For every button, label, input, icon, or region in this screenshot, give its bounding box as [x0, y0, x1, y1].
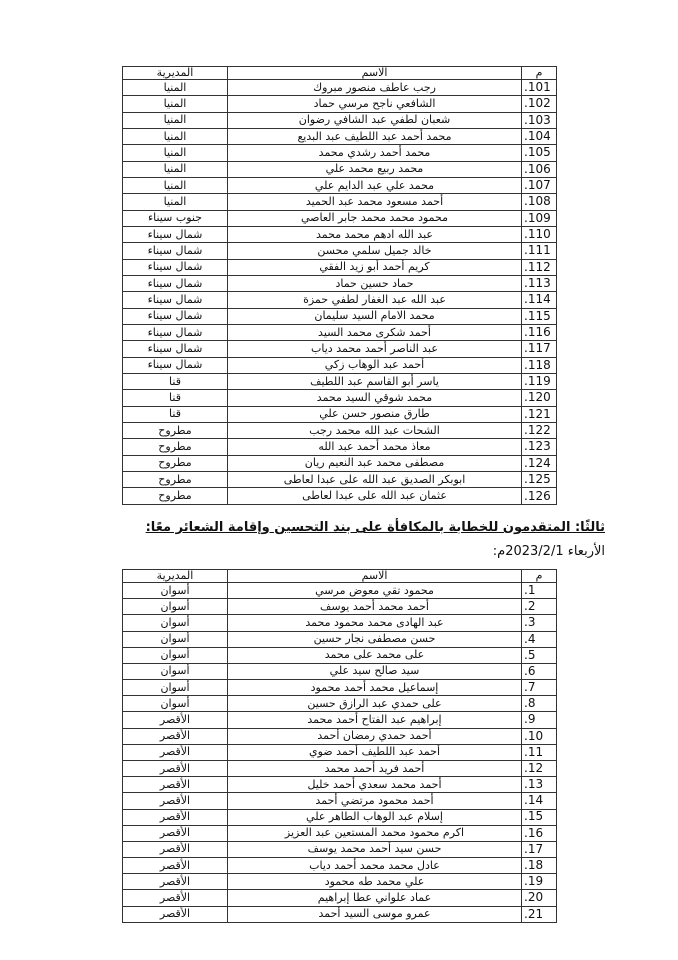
row-number-cell: 1.	[522, 583, 557, 599]
applicant-name-cell: ابوبكر الصديق عبد الله على عبدا لعاطى	[228, 471, 522, 487]
directorate-cell: الأقصر	[123, 874, 228, 890]
table-row: 5.على محمد على محمدأسوان	[123, 647, 557, 663]
row-number-cell: 118.	[522, 357, 557, 373]
applicant-name-cell: إبراهيم عبد الفتاح أحمد محمد	[228, 712, 522, 728]
table-row: 4.حسن مصطفى نجار حسينأسوان	[123, 631, 557, 647]
applicant-name-cell: أحمد مسعود محمد عبد الحميد	[228, 194, 522, 210]
table-row: 2.أحمد محمد أحمد يوسفأسوان	[123, 599, 557, 615]
table-row: 114.عبد الله عبد الغفار لطفي حمزةشمال سي…	[123, 292, 557, 308]
directorate-cell: الأقصر	[123, 712, 228, 728]
table-row: 11.أحمد عبد اللطيف أحمد ضويالأقصر	[123, 744, 557, 760]
applicant-name-cell: محمد ربيع محمد علي	[228, 161, 522, 177]
row-number-cell: 111.	[522, 243, 557, 259]
row-number-cell: 105.	[522, 145, 557, 161]
directorate-cell: مطروح	[123, 455, 228, 471]
table-row: 126.عثمان عبد الله على عبدا لعاطىمطروح	[123, 488, 557, 505]
column-header-name: الاسم	[228, 67, 522, 80]
row-number-cell: 104.	[522, 129, 557, 145]
table-row: 3.عبد الهادى محمد محمود محمدأسوان	[123, 615, 557, 631]
row-number-cell: 113.	[522, 276, 557, 292]
directorate-cell: قنا	[123, 406, 228, 422]
table-row: 119.ياسر أبو القاسم عبد اللطيفقنا	[123, 374, 557, 390]
directorate-cell: أسوان	[123, 680, 228, 696]
directorate-cell: شمال سيناء	[123, 357, 228, 373]
applicant-name-cell: رجب عاطف منصور مبروك	[228, 80, 522, 96]
table-row: 16.اكرم محمود محمد المستعين عبد العزيزال…	[123, 825, 557, 841]
applicant-name-cell: أحمد محمد سعدي أحمد خليل	[228, 777, 522, 793]
row-number-cell: 107.	[522, 178, 557, 194]
applicant-name-cell: إسلام عبد الوهاب الطاهر علي	[228, 809, 522, 825]
table-row: 108.أحمد مسعود محمد عبد الحميدالمنيا	[123, 194, 557, 210]
row-number-cell: 13.	[522, 777, 557, 793]
row-number-cell: 16.	[522, 825, 557, 841]
applicant-name-cell: أحمد عبد اللطيف أحمد ضوي	[228, 744, 522, 760]
applicant-name-cell: أحمد حمدي رمضان أحمد	[228, 728, 522, 744]
row-number-cell: 115.	[522, 308, 557, 324]
applicant-name-cell: محمد أحمد عبد اللطيف عبد البديع	[228, 129, 522, 145]
row-number-cell: 15.	[522, 809, 557, 825]
row-number-cell: 102.	[522, 96, 557, 112]
row-number-cell: 117.	[522, 341, 557, 357]
section3-heading: ثالثًا: المتقدمون للخطابة بالمكافأة على …	[146, 520, 605, 535]
row-number-cell: 10.	[522, 728, 557, 744]
directorate-cell: أسوان	[123, 615, 228, 631]
document-page: م الاسم المديرية 101.رجب عاطف منصور مبرو…	[0, 0, 678, 960]
applicant-name-cell: كريم أحمد أبو زيد الفقي	[228, 259, 522, 275]
row-number-cell: 20.	[522, 890, 557, 906]
row-number-cell: 116.	[522, 325, 557, 341]
applicant-name-cell: حسن مصطفى نجار حسين	[228, 631, 522, 647]
table-row: 18.عادل محمد محمد أحمد ديابالأقصر	[123, 858, 557, 874]
row-number-cell: 12.	[522, 760, 557, 776]
row-number-cell: 112.	[522, 259, 557, 275]
row-number-cell: 125.	[522, 471, 557, 487]
directorate-cell: الأقصر	[123, 825, 228, 841]
directorate-cell: قنا	[123, 374, 228, 390]
applicant-name-cell: عثمان عبد الله على عبدا لعاطى	[228, 488, 522, 505]
applicant-name-cell: محمد الامام السيد سليمان	[228, 308, 522, 324]
applicant-name-cell: الشافعي ناجح مرسي حماد	[228, 96, 522, 112]
row-number-cell: 3.	[522, 615, 557, 631]
directorate-cell: أسوان	[123, 599, 228, 615]
table-row: 112.كريم أحمد أبو زيد الفقيشمال سيناء	[123, 259, 557, 275]
applicant-name-cell: عبد الله عبد الغفار لطفي حمزة	[228, 292, 522, 308]
directorate-cell: شمال سيناء	[123, 276, 228, 292]
directorate-cell: الأقصر	[123, 906, 228, 922]
directorate-cell: الأقصر	[123, 760, 228, 776]
table-row: 113.حماد حسين حمادشمال سيناء	[123, 276, 557, 292]
row-number-cell: 18.	[522, 858, 557, 874]
directorate-cell: الأقصر	[123, 728, 228, 744]
directorate-cell: الأقصر	[123, 777, 228, 793]
applicant-name-cell: على حمدي عبد الرازق حسين	[228, 696, 522, 712]
row-number-cell: 122.	[522, 422, 557, 438]
directorate-cell: مطروح	[123, 471, 228, 487]
table-row: 107.محمد علي عبد الدايم عليالمنيا	[123, 178, 557, 194]
applicant-name-cell: مصطفى محمد عبد النعيم ريان	[228, 455, 522, 471]
table-row: 8.على حمدي عبد الرازق حسينأسوان	[123, 696, 557, 712]
row-number-cell: 8.	[522, 696, 557, 712]
row-number-cell: 4.	[522, 631, 557, 647]
row-number-cell: 108.	[522, 194, 557, 210]
applicant-name-cell: محمود محمد محمد جابر العاصي	[228, 210, 522, 226]
applicant-name-cell: أحمد فريد أحمد محمد	[228, 760, 522, 776]
row-number-cell: 109.	[522, 210, 557, 226]
table-row: 116.أحمد شكرى محمد السيدشمال سيناء	[123, 325, 557, 341]
row-number-cell: 7.	[522, 680, 557, 696]
table-row: 21.عمرو موسى السيد أحمدالأقصر	[123, 906, 557, 922]
applicant-name-cell: أحمد عبد الوهاب زكي	[228, 357, 522, 373]
applicant-name-cell: عبد الله ادهم محمد محمد	[228, 227, 522, 243]
applicant-name-cell: الشحات عبد الله محمد رجب	[228, 422, 522, 438]
directorate-cell: أسوان	[123, 696, 228, 712]
table-row: 120.محمد شوقي السيد محمدقنا	[123, 390, 557, 406]
applicant-name-cell: إسماعيل محمد أحمد محمود	[228, 680, 522, 696]
row-number-cell: 21.	[522, 906, 557, 922]
table-row: 115.محمد الامام السيد سليمانشمال سيناء	[123, 308, 557, 324]
table-row: 20.عماد علواني عطا إبراهيمالأقصر	[123, 890, 557, 906]
table-row: 14.أحمد محمود مرتضي أحمدالأقصر	[123, 793, 557, 809]
directorate-cell: شمال سيناء	[123, 292, 228, 308]
applicant-name-cell: معاذ محمد أحمد عبد الله	[228, 439, 522, 455]
row-number-cell: 121.	[522, 406, 557, 422]
row-number-cell: 101.	[522, 80, 557, 96]
table-row: 15.إسلام عبد الوهاب الطاهر عليالأقصر	[123, 809, 557, 825]
table-row: 105.محمد أحمد رشدي محمدالمنيا	[123, 145, 557, 161]
directorate-cell: المنيا	[123, 129, 228, 145]
directorate-cell: المنيا	[123, 145, 228, 161]
column-header-number: م	[522, 570, 557, 583]
table-row: 104.محمد أحمد عبد اللطيف عبد البديعالمني…	[123, 129, 557, 145]
directorate-cell: المنيا	[123, 96, 228, 112]
directorate-cell: مطروح	[123, 439, 228, 455]
directorate-cell: الأقصر	[123, 744, 228, 760]
directorate-cell: المنيا	[123, 112, 228, 128]
applicant-name-cell: محمود تقي معوض مرسي	[228, 583, 522, 599]
directorate-cell: شمال سيناء	[123, 227, 228, 243]
applicant-name-cell: عادل محمد محمد أحمد دياب	[228, 858, 522, 874]
directorate-cell: شمال سيناء	[123, 243, 228, 259]
section3-date-line: الأربعاء 2023/2/1م:	[493, 544, 605, 559]
table-row: 117.عبد الناصر أحمد محمد ديابشمال سيناء	[123, 341, 557, 357]
applicant-name-cell: عماد علواني عطا إبراهيم	[228, 890, 522, 906]
column-header-name: الاسم	[228, 570, 522, 583]
row-number-cell: 11.	[522, 744, 557, 760]
directorate-cell: الأقصر	[123, 841, 228, 857]
table-row: 19.علي محمد طه محمودالأقصر	[123, 874, 557, 890]
row-number-cell: 110.	[522, 227, 557, 243]
applicant-name-cell: محمد علي عبد الدايم علي	[228, 178, 522, 194]
table-row: 13.أحمد محمد سعدي أحمد خليلالأقصر	[123, 777, 557, 793]
applicant-name-cell: شعبان لطفي عبد الشافي رضوان	[228, 112, 522, 128]
table-row: 6.سيد صالح سيد عليأسوان	[123, 663, 557, 679]
table-row: 122.الشحات عبد الله محمد رجبمطروح	[123, 422, 557, 438]
row-number-cell: 2.	[522, 599, 557, 615]
directorate-cell: شمال سيناء	[123, 341, 228, 357]
row-number-cell: 106.	[522, 161, 557, 177]
row-number-cell: 120.	[522, 390, 557, 406]
row-number-cell: 124.	[522, 455, 557, 471]
directorate-cell: شمال سيناء	[123, 325, 228, 341]
applicant-name-cell: أحمد محمد أحمد يوسف	[228, 599, 522, 615]
directorate-cell: الأقصر	[123, 890, 228, 906]
applicant-name-cell: على محمد على محمد	[228, 647, 522, 663]
column-header-directorate: المديرية	[123, 570, 228, 583]
table-row: 118.أحمد عبد الوهاب زكيشمال سيناء	[123, 357, 557, 373]
table-row: 101.رجب عاطف منصور مبروكالمنيا	[123, 80, 557, 96]
table-row: 1.محمود تقي معوض مرسيأسوان	[123, 583, 557, 599]
applicant-name-cell: خالد جميل سلمي محسن	[228, 243, 522, 259]
table-row: 123.معاذ محمد أحمد عبد اللهمطروح	[123, 439, 557, 455]
directorate-cell: أسوان	[123, 663, 228, 679]
row-number-cell: 5.	[522, 647, 557, 663]
directorate-cell: الأقصر	[123, 793, 228, 809]
row-number-cell: 114.	[522, 292, 557, 308]
row-number-cell: 17.	[522, 841, 557, 857]
table-row: 9.إبراهيم عبد الفتاح أحمد محمدالأقصر	[123, 712, 557, 728]
row-number-cell: 9.	[522, 712, 557, 728]
row-number-cell: 123.	[522, 439, 557, 455]
applicant-name-cell: حسن سيد أحمد محمد يوسف	[228, 841, 522, 857]
directorate-cell: الأقصر	[123, 858, 228, 874]
row-number-cell: 103.	[522, 112, 557, 128]
table-row: 125.ابوبكر الصديق عبد الله على عبدا لعاط…	[123, 471, 557, 487]
directorate-cell: المنيا	[123, 161, 228, 177]
directorate-cell: المنيا	[123, 178, 228, 194]
directorate-cell: أسوان	[123, 631, 228, 647]
table-row: 110.عبد الله ادهم محمد محمدشمال سيناء	[123, 227, 557, 243]
applicants-table-tahseen-shaair: م الاسم المديرية 1.محمود تقي معوض مرسيأس…	[122, 569, 557, 923]
applicant-name-cell: اكرم محمود محمد المستعين عبد العزيز	[228, 825, 522, 841]
column-header-number: م	[522, 67, 557, 80]
directorate-cell: شمال سيناء	[123, 259, 228, 275]
table-row: 102.الشافعي ناجح مرسي حمادالمنيا	[123, 96, 557, 112]
directorate-cell: الأقصر	[123, 809, 228, 825]
applicant-name-cell: ياسر أبو القاسم عبد اللطيف	[228, 374, 522, 390]
row-number-cell: 14.	[522, 793, 557, 809]
table-row: 17.حسن سيد أحمد محمد يوسفالأقصر	[123, 841, 557, 857]
row-number-cell: 119.	[522, 374, 557, 390]
directorate-cell: أسوان	[123, 583, 228, 599]
table-row: 106.محمد ربيع محمد عليالمنيا	[123, 161, 557, 177]
directorate-cell: جنوب سيناء	[123, 210, 228, 226]
applicant-name-cell: حماد حسين حماد	[228, 276, 522, 292]
applicant-name-cell: أحمد محمود مرتضي أحمد	[228, 793, 522, 809]
row-number-cell: 6.	[522, 663, 557, 679]
table-row: 103.شعبان لطفي عبد الشافي رضوانالمنيا	[123, 112, 557, 128]
applicant-name-cell: عبد الناصر أحمد محمد دياب	[228, 341, 522, 357]
applicants-table-rows-101-126: م الاسم المديرية 101.رجب عاطف منصور مبرو…	[122, 66, 557, 505]
applicant-name-cell: محمد شوقي السيد محمد	[228, 390, 522, 406]
applicant-name-cell: عمرو موسى السيد أحمد	[228, 906, 522, 922]
applicant-name-cell: طارق منصور حسن علي	[228, 406, 522, 422]
applicant-name-cell: سيد صالح سيد علي	[228, 663, 522, 679]
directorate-cell: مطروح	[123, 488, 228, 505]
directorate-cell: مطروح	[123, 422, 228, 438]
table-row: 124.مصطفى محمد عبد النعيم ريانمطروح	[123, 455, 557, 471]
table-row: 111.خالد جميل سلمي محسنشمال سيناء	[123, 243, 557, 259]
table-row: 10.أحمد حمدي رمضان أحمدالأقصر	[123, 728, 557, 744]
directorate-cell: المنيا	[123, 194, 228, 210]
applicant-name-cell: محمد أحمد رشدي محمد	[228, 145, 522, 161]
column-header-directorate: المديرية	[123, 67, 228, 80]
applicant-name-cell: أحمد شكرى محمد السيد	[228, 325, 522, 341]
directorate-cell: أسوان	[123, 647, 228, 663]
applicant-name-cell: علي محمد طه محمود	[228, 874, 522, 890]
applicant-name-cell: عبد الهادى محمد محمود محمد	[228, 615, 522, 631]
directorate-cell: شمال سيناء	[123, 308, 228, 324]
table-row: 109.محمود محمد محمد جابر العاصيجنوب سينا…	[123, 210, 557, 226]
row-number-cell: 19.	[522, 874, 557, 890]
table-header-row: م الاسم المديرية	[123, 570, 557, 583]
row-number-cell: 126.	[522, 488, 557, 505]
table-row: 7.إسماعيل محمد أحمد محمودأسوان	[123, 680, 557, 696]
table-row: 12.أحمد فريد أحمد محمدالأقصر	[123, 760, 557, 776]
directorate-cell: قنا	[123, 390, 228, 406]
table-row: 121.طارق منصور حسن عليقنا	[123, 406, 557, 422]
table-header-row: م الاسم المديرية	[123, 67, 557, 80]
directorate-cell: المنيا	[123, 80, 228, 96]
